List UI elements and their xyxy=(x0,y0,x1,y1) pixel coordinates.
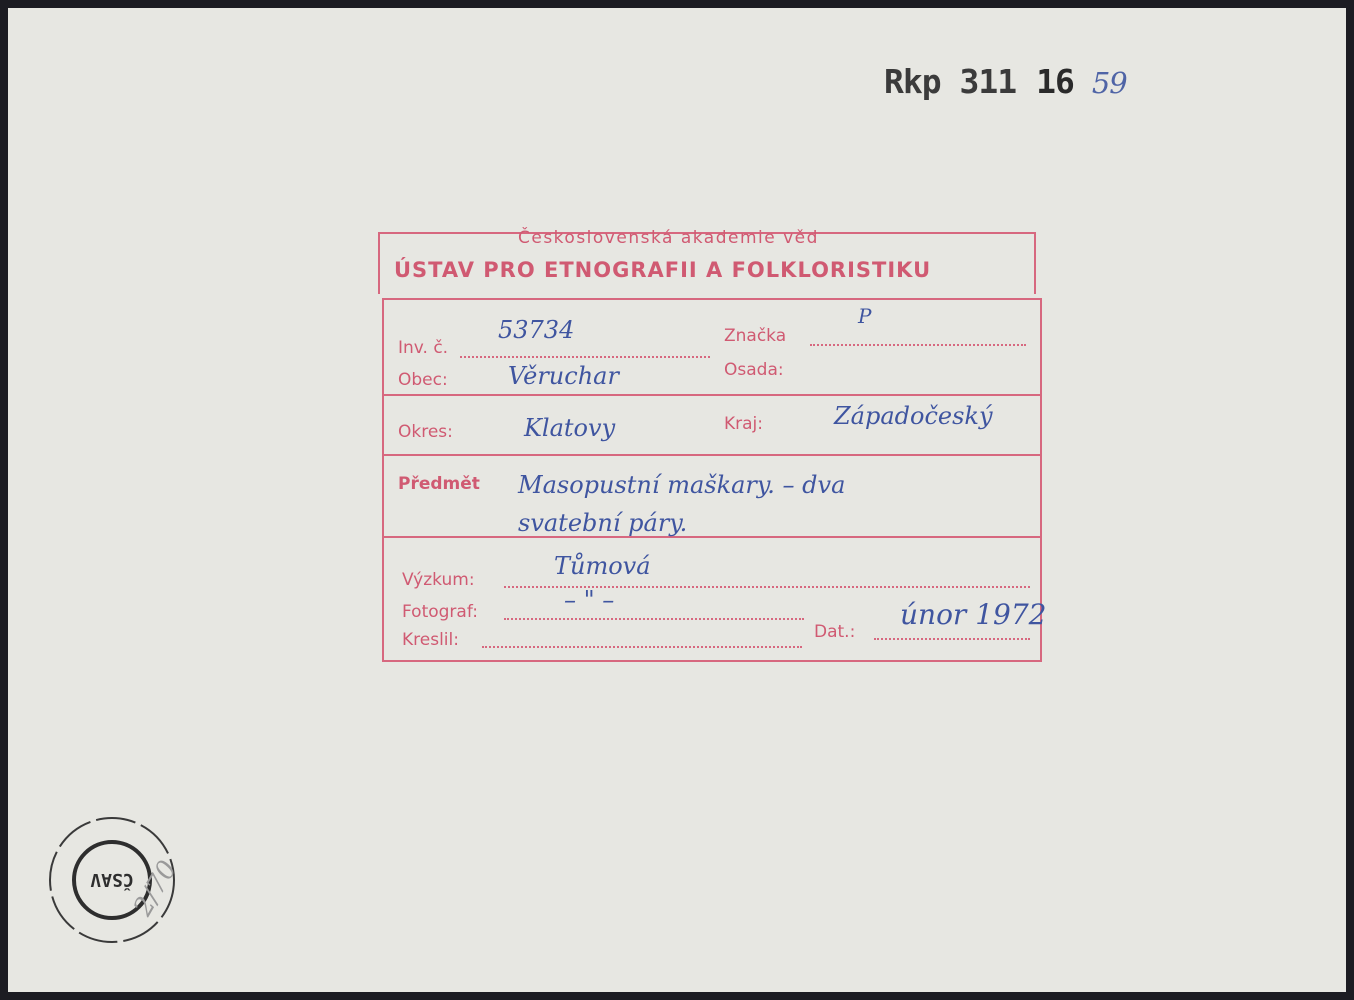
institution-stamp: Československá akademie věd ÚSTAV PRO ET… xyxy=(378,218,1036,663)
dotted-line xyxy=(874,638,1030,640)
label-osada: Osada: xyxy=(724,360,784,380)
photo-back-paper: Rkp 3111659 Československá akademie věd … xyxy=(8,8,1346,992)
value-kraj: Západočeský xyxy=(834,402,993,430)
dotted-line xyxy=(482,646,802,648)
value-znacka: P xyxy=(858,304,871,328)
divider xyxy=(382,454,1042,456)
value-obec: Věruchar xyxy=(508,362,619,390)
label-datum: Dat.: xyxy=(814,622,855,642)
shelfmark-prefix: Rkp 311 xyxy=(884,62,1016,101)
label-obec: Obec: xyxy=(398,370,448,390)
label-fotograf: Fotograf: xyxy=(402,602,478,622)
label-kraj: Kraj: xyxy=(724,414,763,434)
divider xyxy=(382,394,1042,396)
value-vyzkum: Tůmová xyxy=(554,552,651,580)
value-datum: únor 1972 xyxy=(900,598,1046,631)
shelfmark-handwritten: 59 xyxy=(1092,66,1127,100)
dotted-line xyxy=(810,344,1026,346)
stamp-institute: ÚSTAV PRO ETNOGRAFII A FOLKLORISTIKU xyxy=(394,258,931,282)
shelfmark-number: 16 xyxy=(1036,62,1074,101)
value-fotograf: – " – xyxy=(564,586,614,614)
value-predmet: Masopustní maškary. – dva svatební páry. xyxy=(518,466,938,542)
value-inv: 53734 xyxy=(498,316,574,344)
stamp-academy: Československá akademie věd xyxy=(518,228,819,248)
round-institution-stamp: ČSAV 2/70 xyxy=(42,810,182,950)
dotted-line xyxy=(504,618,804,620)
label-kreslil: Kreslil: xyxy=(402,630,459,650)
value-okres: Klatovy xyxy=(524,414,615,442)
round-stamp-center: ČSAV xyxy=(90,869,134,891)
label-inv: Inv. č. xyxy=(398,338,448,358)
label-znacka: Značka xyxy=(724,326,786,346)
label-vyzkum: Výzkum: xyxy=(402,570,475,590)
label-predmet: Předmět xyxy=(398,474,480,494)
shelfmark: Rkp 3111659 xyxy=(884,62,1127,101)
label-okres: Okres: xyxy=(398,422,453,442)
dotted-line xyxy=(460,356,710,358)
